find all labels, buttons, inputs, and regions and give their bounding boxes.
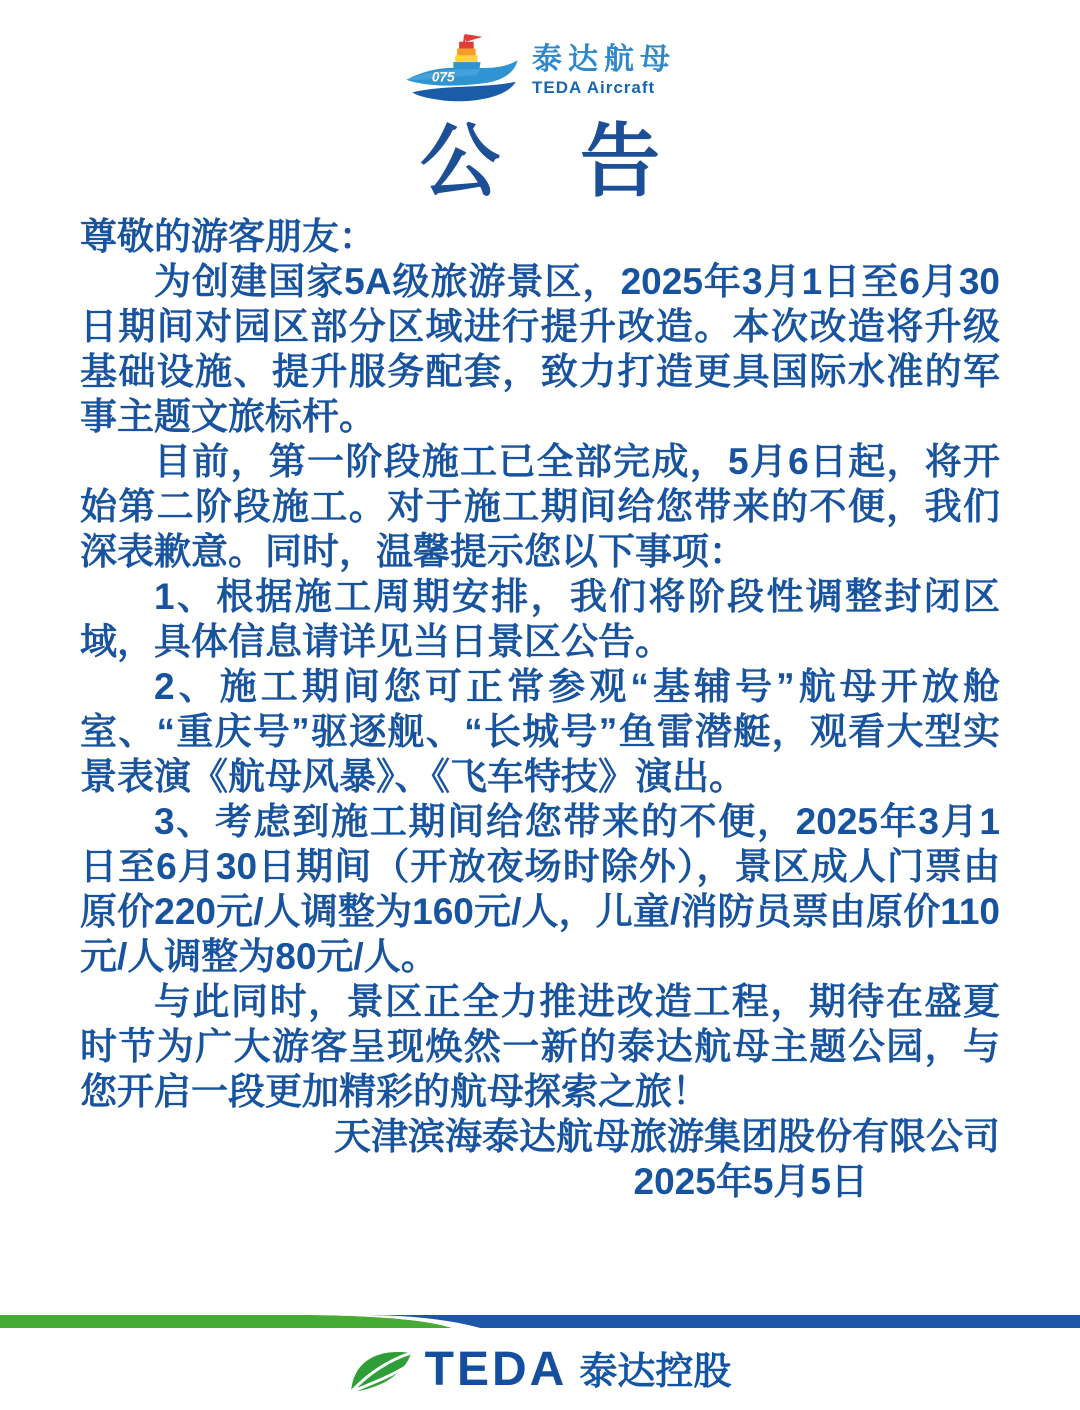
footer-brand-en: TEDA	[425, 1346, 568, 1394]
notice-item-3: 3、考虑到施工期间给您带来的不便，2025年3月1日至6月30日期间（开放夜场时…	[80, 799, 1000, 979]
brand-name-en: TEDA Aircraft	[532, 79, 676, 96]
brand-logo: 075 泰达航母 TEDA Aircraft	[404, 32, 676, 108]
footer-swoosh-bar	[0, 1314, 1080, 1329]
footer: TEDA 泰达控股	[0, 1314, 1080, 1410]
company-signature: 天津滨海泰达航母旅游集团股份有限公司	[80, 1114, 1000, 1159]
paragraph-progress: 目前，第一阶段施工已全部完成，5月6日起，将开始第二阶段施工。对于施工期间给您带…	[80, 439, 1000, 574]
salutation: 尊敬的游客朋友：	[80, 214, 1000, 259]
paragraph-closing: 与此同时，景区正全力推进改造工程，期待在盛夏时节为广大游客呈现焕然一新的泰达航母…	[80, 979, 1000, 1114]
footer-brand-cn: 泰达控股	[579, 1353, 731, 1391]
brand-text: 泰达航母 TEDA Aircraft	[532, 45, 676, 96]
ship-number: 075	[432, 70, 455, 85]
teda-fan-icon	[349, 1345, 413, 1395]
footer-logo: TEDA 泰达控股	[0, 1345, 1080, 1395]
announcement-date: 2025年5月5日	[80, 1159, 1000, 1204]
announcement-body: 尊敬的游客朋友： 为创建国家5A级旅游景区，2025年3月1日至6月30日期间对…	[0, 214, 1080, 1204]
aircraft-carrier-ship-icon: 075	[404, 32, 522, 108]
paragraph-intro: 为创建国家5A级旅游景区，2025年3月1日至6月30日期间对园区部分区域进行提…	[80, 259, 1000, 439]
page-title: 公 告	[0, 116, 1080, 208]
announcement-page: 075 泰达航母 TEDA Aircraft 公 告 尊敬的游客朋友： 为创建国…	[0, 0, 1080, 1410]
header: 075 泰达航母 TEDA Aircraft	[0, 0, 1080, 108]
notice-item-1: 1、根据施工周期安排，我们将阶段性调整封闭区域，具体信息请详见当日景区公告。	[80, 574, 1000, 664]
notice-item-2: 2、施工期间您可正常参观“基辅号”航母开放舱室、“重庆号”驱逐舰、“长城号”鱼雷…	[80, 664, 1000, 799]
brand-name-cn: 泰达航母	[532, 45, 676, 75]
